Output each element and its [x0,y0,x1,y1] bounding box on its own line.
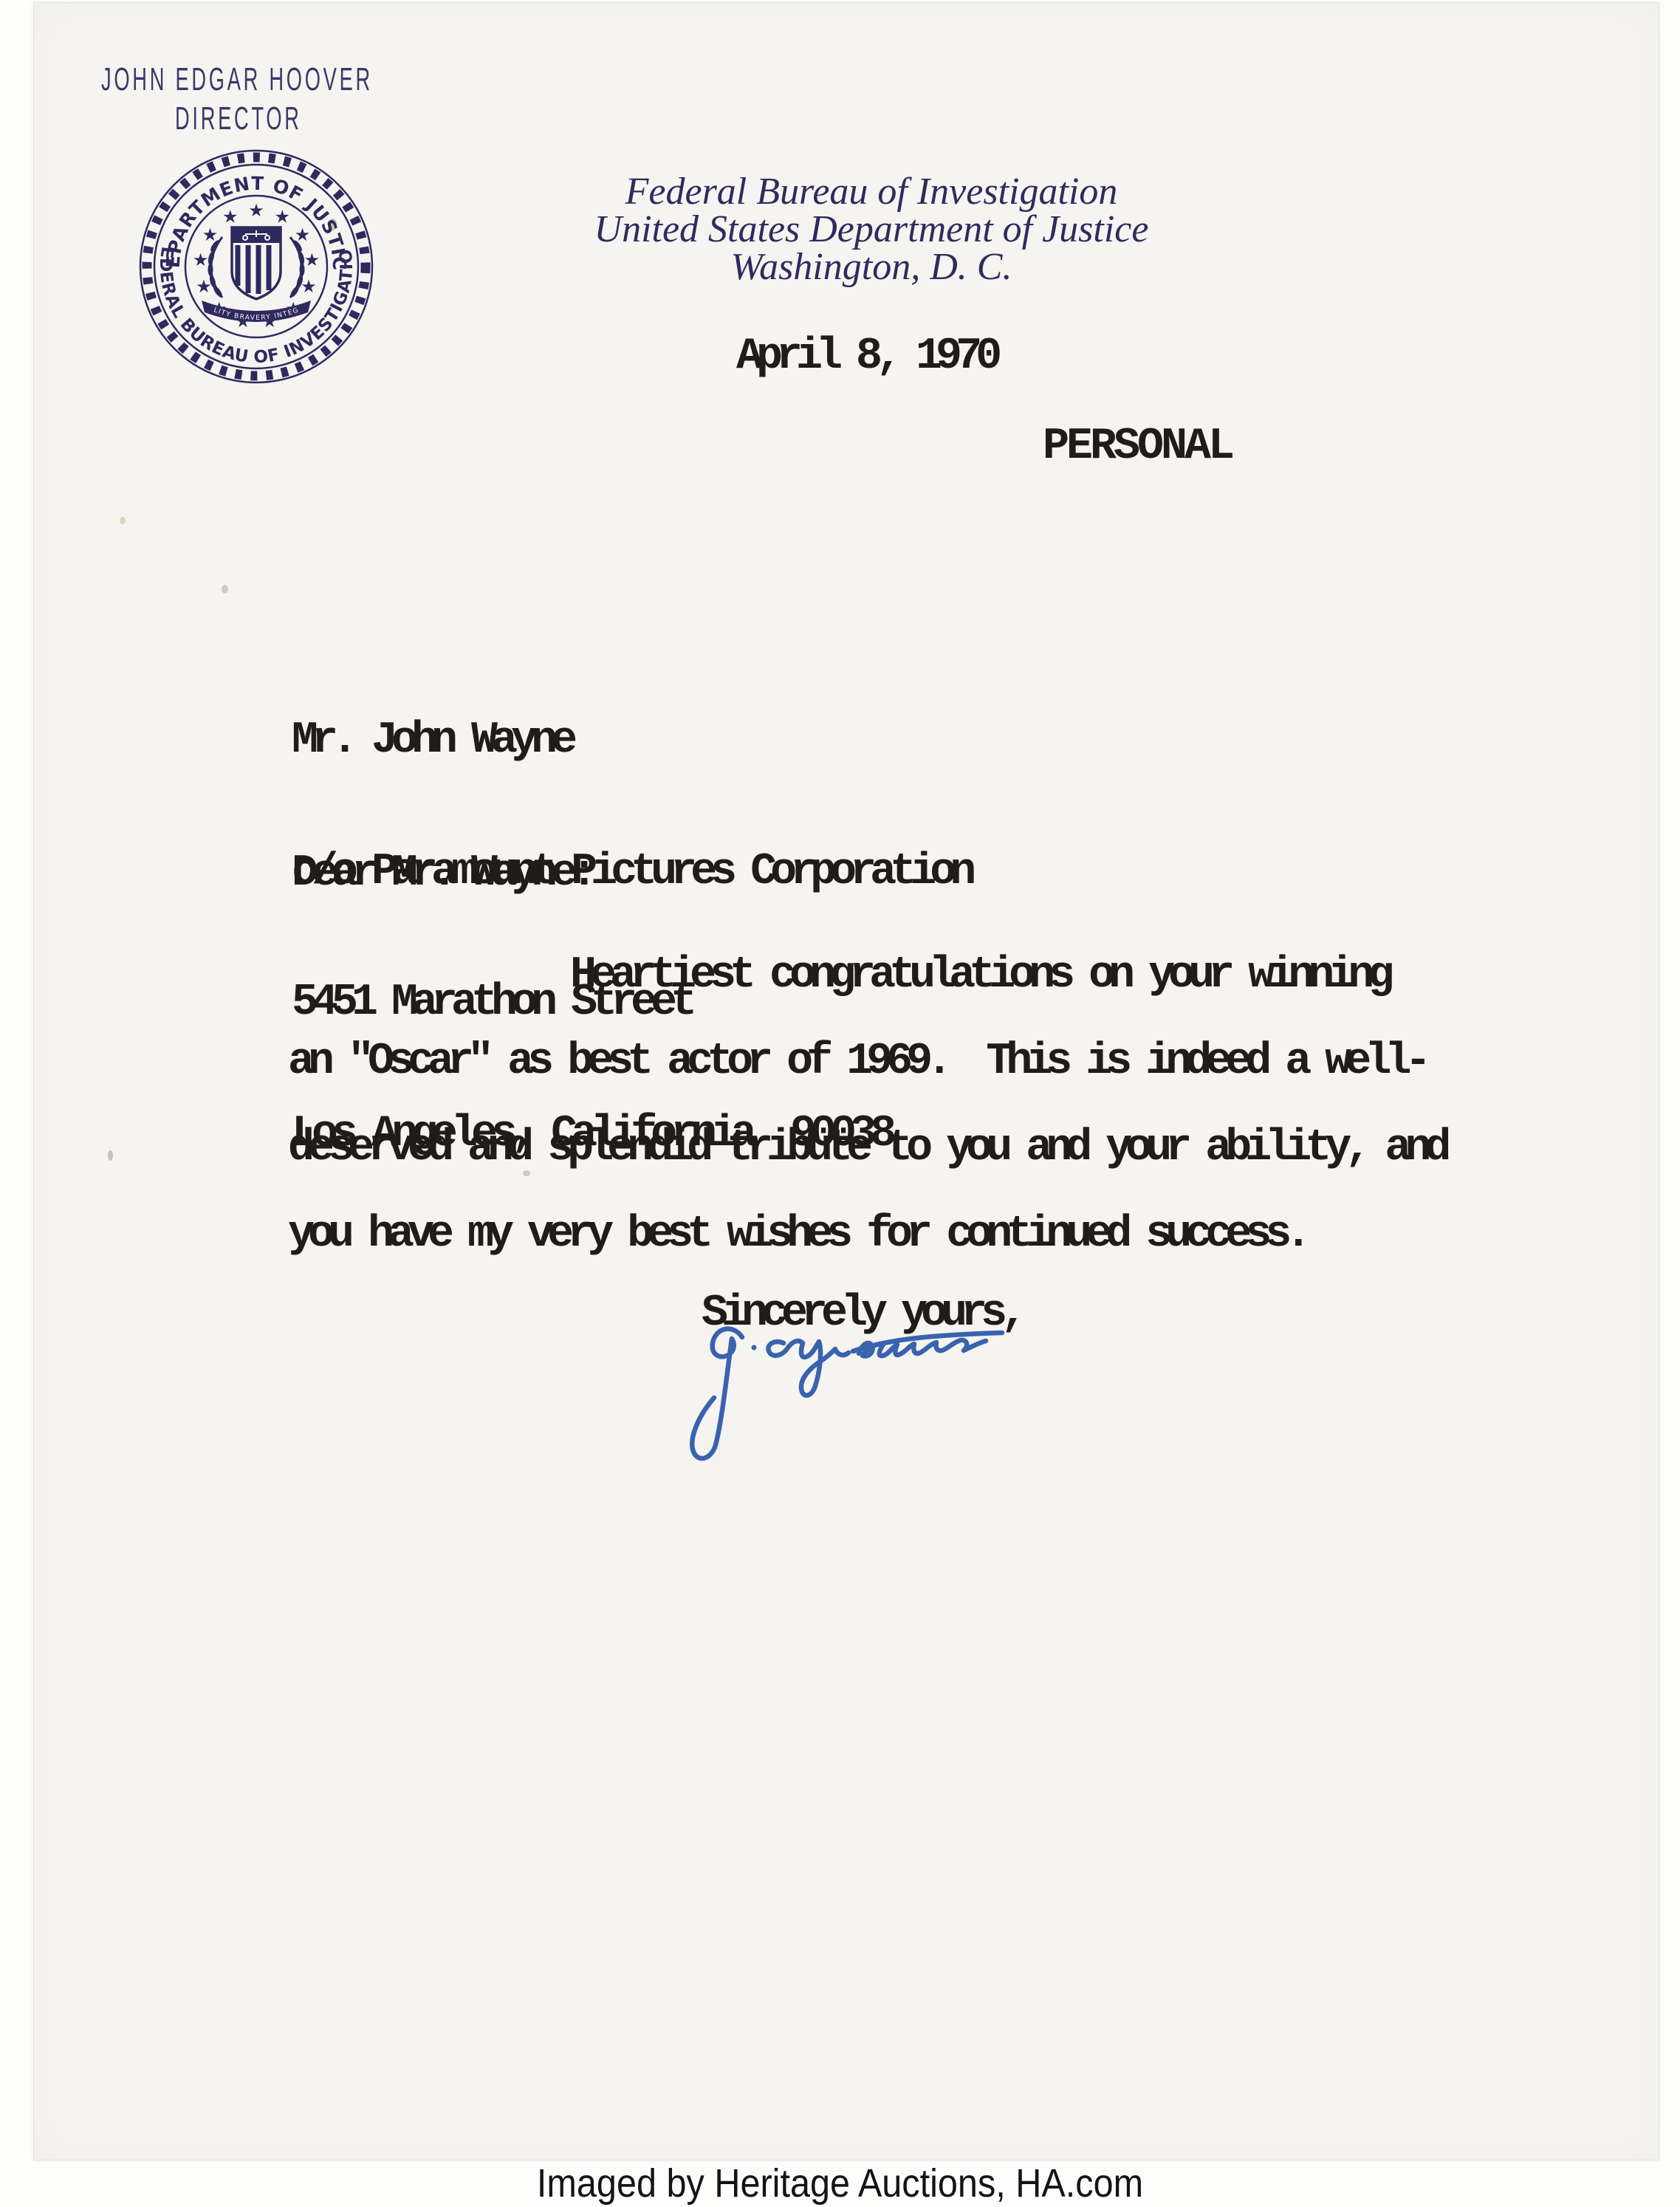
paper-speck [108,1150,113,1161]
paper-speck [222,585,228,594]
body-line-1: Heartiest congratulations on your winnin… [570,953,1388,998]
svg-text:★: ★ [193,250,209,270]
seal-shield [232,227,281,299]
body-line-3: deserved and splendid tribute to you and… [288,1126,1444,1170]
paper-speck [120,517,126,524]
svg-text:★: ★ [304,250,320,270]
auction-caption: Imaged by Heritage Auctions, HA.com [84,2163,1597,2203]
letterhead-sender-name: JOHN EDGAR HOOVER [101,64,373,96]
agency-line-1: Federal Bureau of Investigation [502,173,1241,210]
recipient-name: Mr. John Wayne [292,720,970,763]
agency-line-2: United States Department of Justice [502,210,1241,248]
svg-text:★: ★ [196,276,212,297]
fbi-seal: DEPARTMENT OF JUSTICE FEDERAL BUREAU OF … [134,145,378,388]
letter-scan-page: JOHN EDGAR HOOVER DIRECTOR DEPARTMENT OF… [0,0,1680,2207]
salutation: Dear Mr. Wayne: [292,851,591,896]
svg-text:★: ★ [301,276,317,297]
svg-text:★: ★ [248,200,264,221]
signature [676,1311,1030,1484]
signature-j-dot [752,1345,757,1350]
letter-date: April 8, 1970 [736,334,995,379]
svg-text:★: ★ [275,207,291,227]
signature-j-stroke [692,1329,742,1458]
svg-text:★: ★ [222,207,239,227]
agency-line-3: Washington, D. C. [502,248,1241,286]
letterhead-sender-title: DIRECTOR [175,103,302,135]
signature-edgar-stroke [768,1341,848,1396]
classification-label: PERSONAL [1043,425,1232,469]
body-line-4: you have my very best wishes for continu… [288,1212,1305,1257]
letterhead-agency-block: Federal Bureau of Investigation United S… [502,173,1241,286]
body-line-2: an "Oscar" as best actor of 1969. This i… [288,1040,1424,1084]
